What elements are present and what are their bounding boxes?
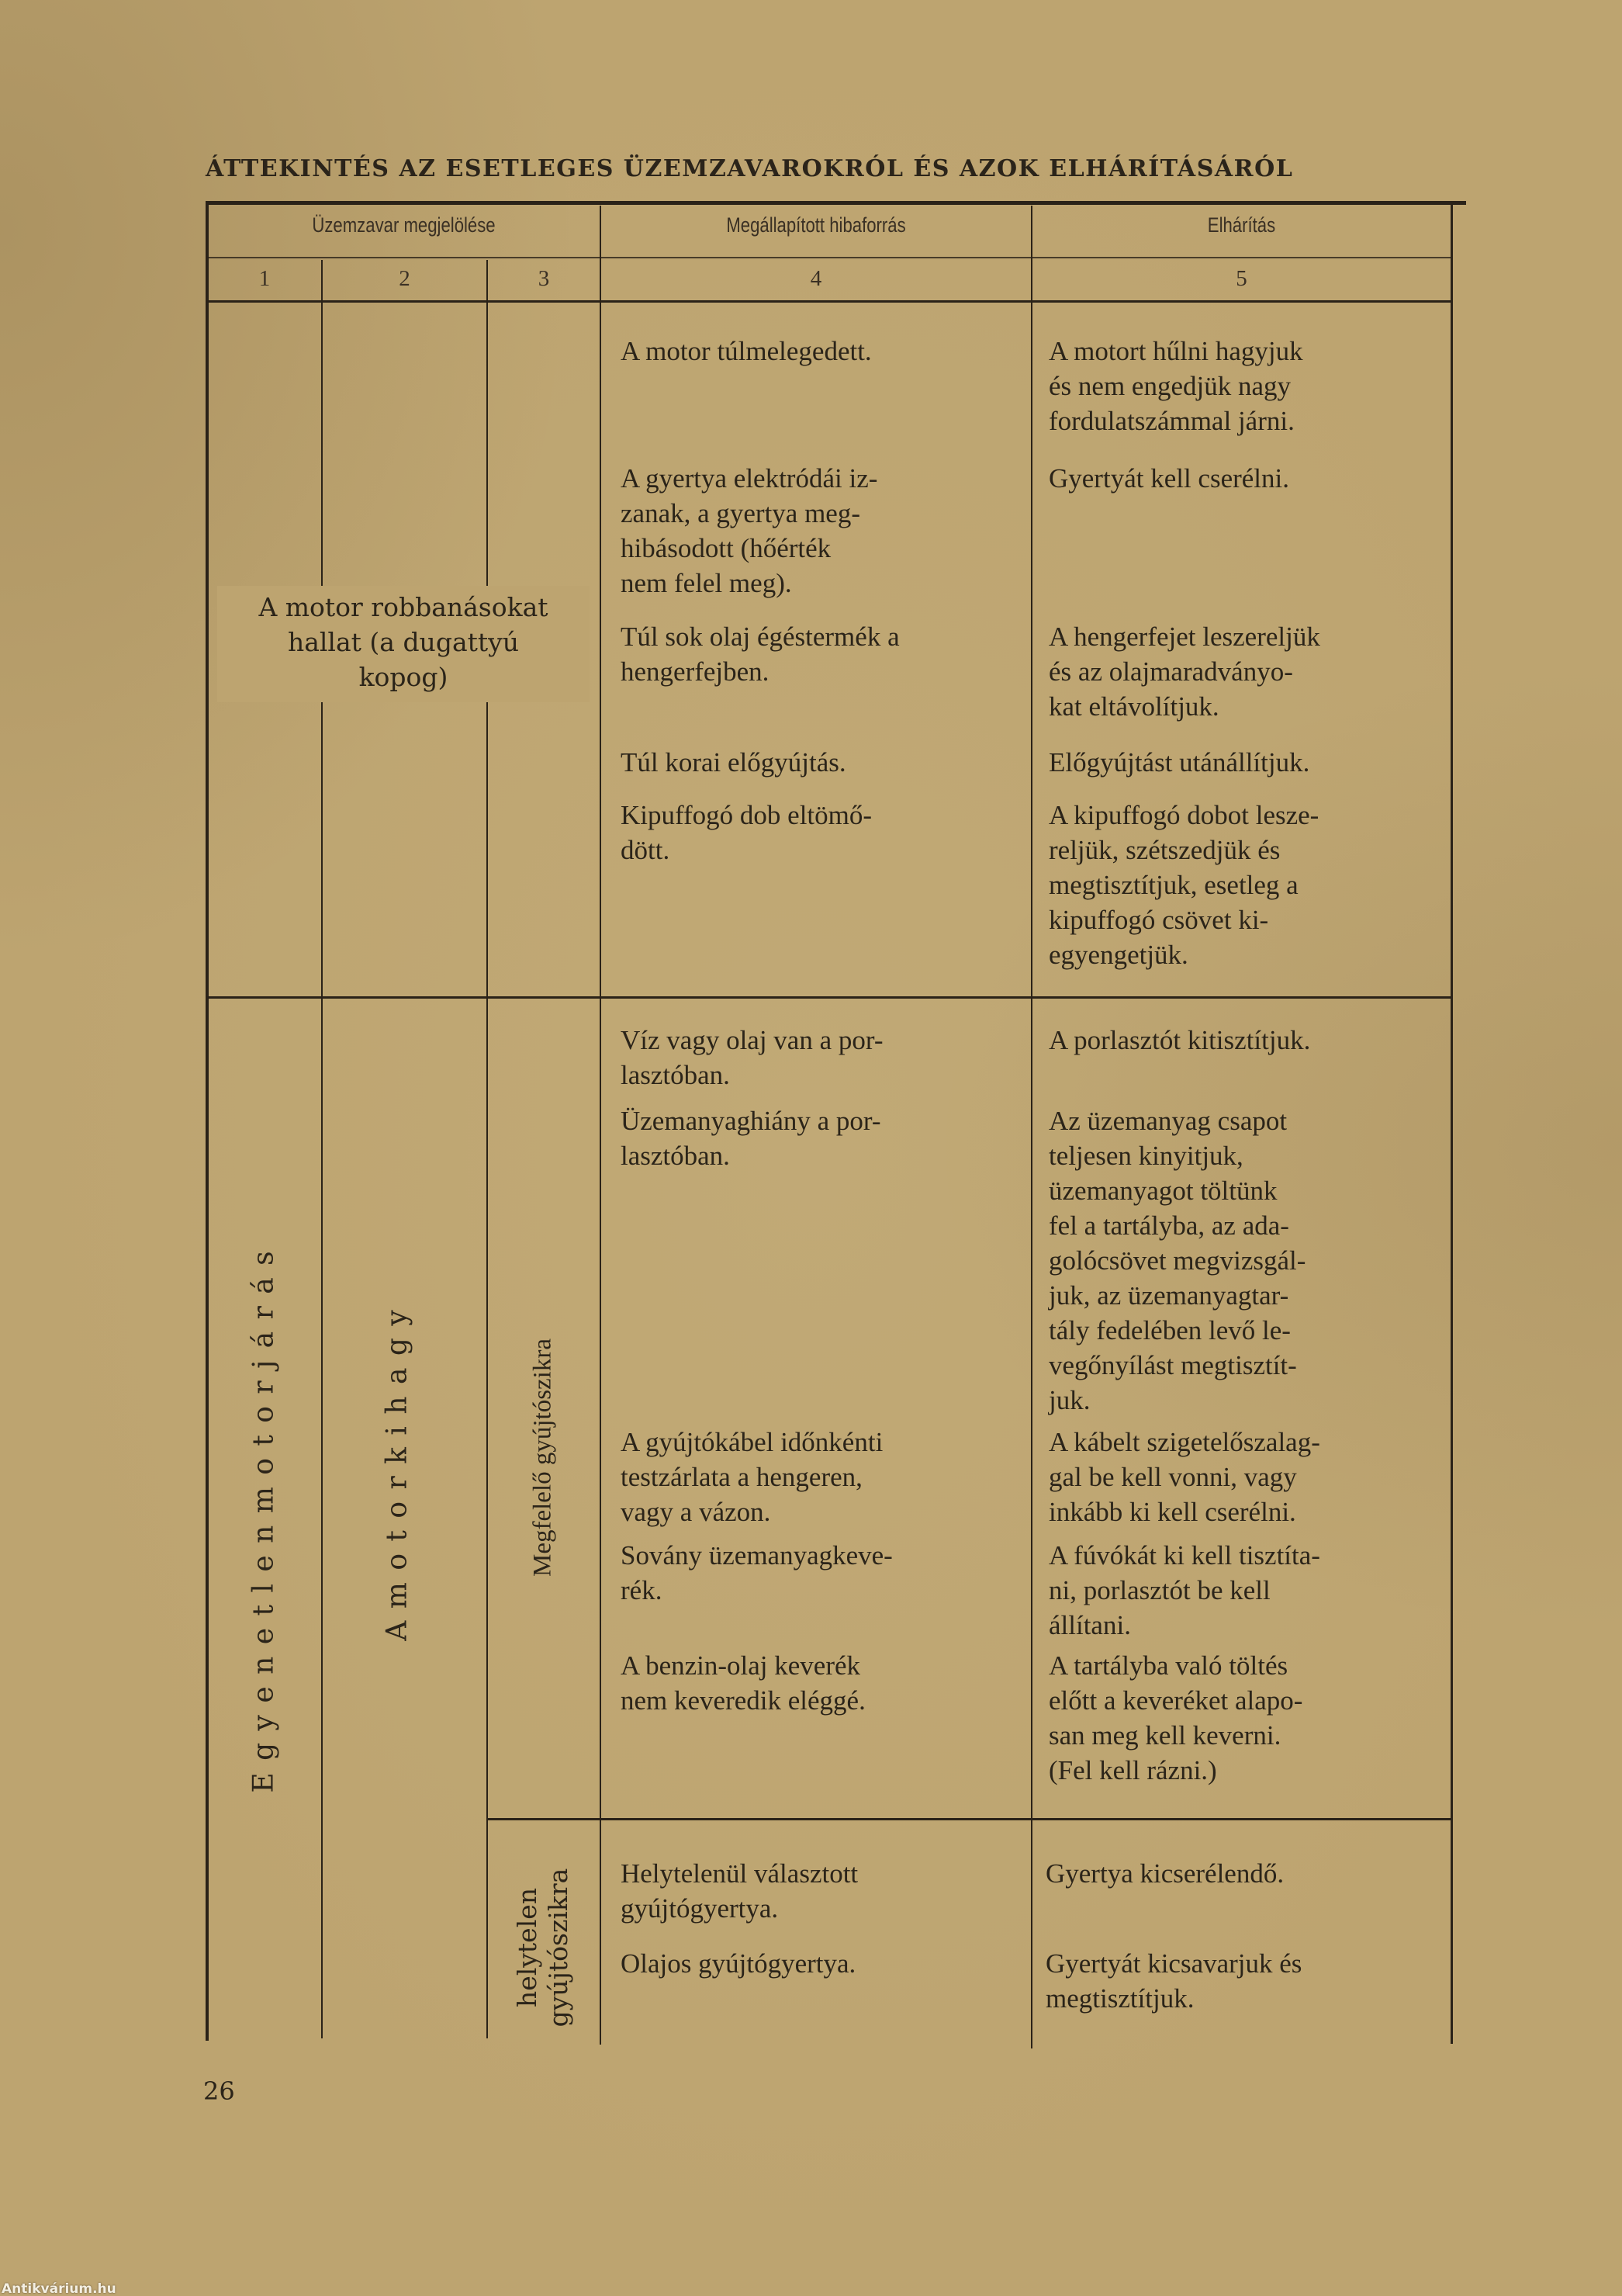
cause-cell: Olajos gyújtógyertya. xyxy=(621,1946,1057,1981)
remedy-cell: Gyertyát kell cserélni. xyxy=(1049,461,1482,496)
remedy-cell: Gyertyát kicsavarjuk és megtisztítjuk. xyxy=(1046,1946,1482,2016)
col-divider-3-4 xyxy=(600,206,601,2045)
remedy-cell: A hengerfejet leszereljük és az olajmara… xyxy=(1049,619,1482,724)
remedy-cell: A kipuffogó dobot lesze- reljük, szétsze… xyxy=(1049,798,1482,972)
section-separator xyxy=(208,996,1451,999)
cause-cell: A motor túlmelegedett. xyxy=(621,334,1057,369)
cause-cell: Kipuffogó dob eltömő- dött. xyxy=(621,798,1057,867)
header-elharitas: Elhárítás xyxy=(1070,213,1413,237)
remedy-cell: A porlasztót kitisztítjuk. xyxy=(1049,1023,1482,1058)
remedy-cell: Előgyújtást utánállítjuk. xyxy=(1049,745,1482,780)
cause-cell: Víz vagy olaj van a por- lasztóban. xyxy=(621,1023,1057,1093)
remedy-cell: A tartályba való töltés előtt a keveréke… xyxy=(1049,1648,1482,1788)
col-number-2: 2 xyxy=(323,266,486,292)
remedy-cell: A motort hűlni hagyjuk és nem engedjük n… xyxy=(1049,334,1482,438)
col-number-1: 1 xyxy=(208,266,321,292)
symptom-robbanasok: A motor robbanásokat hallat (a dugattyú … xyxy=(217,590,590,694)
subsection-separator xyxy=(488,1818,1451,1820)
header-rule-1 xyxy=(208,257,1451,258)
cause-cell: A benzin-olaj keverék nem keveredik elég… xyxy=(621,1648,1057,1718)
cause-cell: A gyertya elektródái iz- zanak, a gyerty… xyxy=(621,461,1057,601)
table-top-rule xyxy=(206,201,1466,205)
remedy-cell: Gyertya kicserélendő. xyxy=(1046,1856,1482,1891)
cause-cell: Üzemanyaghiány a por- lasztóban. xyxy=(621,1103,1057,1173)
watermark: Antikvárium.hu xyxy=(2,2281,116,2296)
col-divider-1-2 xyxy=(321,260,323,2038)
cause-cell: Túl sok olaj égéstermék a hengerfejben. xyxy=(621,619,1057,689)
remedy-cell: A fúvókát ki kell tisztíta- ni, porlaszt… xyxy=(1049,1538,1482,1643)
col-number-5: 5 xyxy=(1032,266,1451,292)
cause-cell: Helytelenül választott gyújtógyertya. xyxy=(621,1856,1057,1926)
header-hibaforras: Megállapított hibaforrás xyxy=(640,213,992,237)
cause-cell: Sovány üzemanyagkeve- rék. xyxy=(621,1538,1057,1608)
header-rule-2 xyxy=(208,300,1451,303)
subsymptom-helytelen-gyujtoszikra: helytelen gyújtószikra xyxy=(512,1839,574,2056)
remedy-cell: A kábelt szigetelőszalag- gal be kell vo… xyxy=(1049,1425,1482,1529)
symptom-motor-kihagy: A m o t o r k i h a g y xyxy=(382,1281,413,1669)
symptom-egyenetlen-motorjaras: E g y e n e t l e n m o t o r j á r á s xyxy=(248,1227,280,1816)
header-uzemzavar: Üzemzavar megjelölése xyxy=(243,213,564,237)
col-number-3: 3 xyxy=(488,266,600,292)
col-divider-3-4-sub xyxy=(600,1823,601,2041)
table-left-border xyxy=(206,203,209,2041)
col-divider-2-3 xyxy=(486,260,488,2038)
page-number: 26 xyxy=(203,2076,235,2106)
col-number-4: 4 xyxy=(601,266,1031,292)
remedy-cell: Az üzemanyag csapot teljesen kinyitjuk, … xyxy=(1049,1103,1482,1418)
cause-cell: A gyújtókábel időnkénti testzárlata a he… xyxy=(621,1425,1057,1529)
cause-cell: Túl korai előgyújtás. xyxy=(621,745,1057,780)
page-title: ÁTTEKINTÉS AZ ESETLEGES ÜZEMZAVAROKRÓL É… xyxy=(206,155,1466,182)
subsymptom-megfelelo-gyujtoszikra: Megfelelő gyújtószikra xyxy=(529,1280,558,1636)
